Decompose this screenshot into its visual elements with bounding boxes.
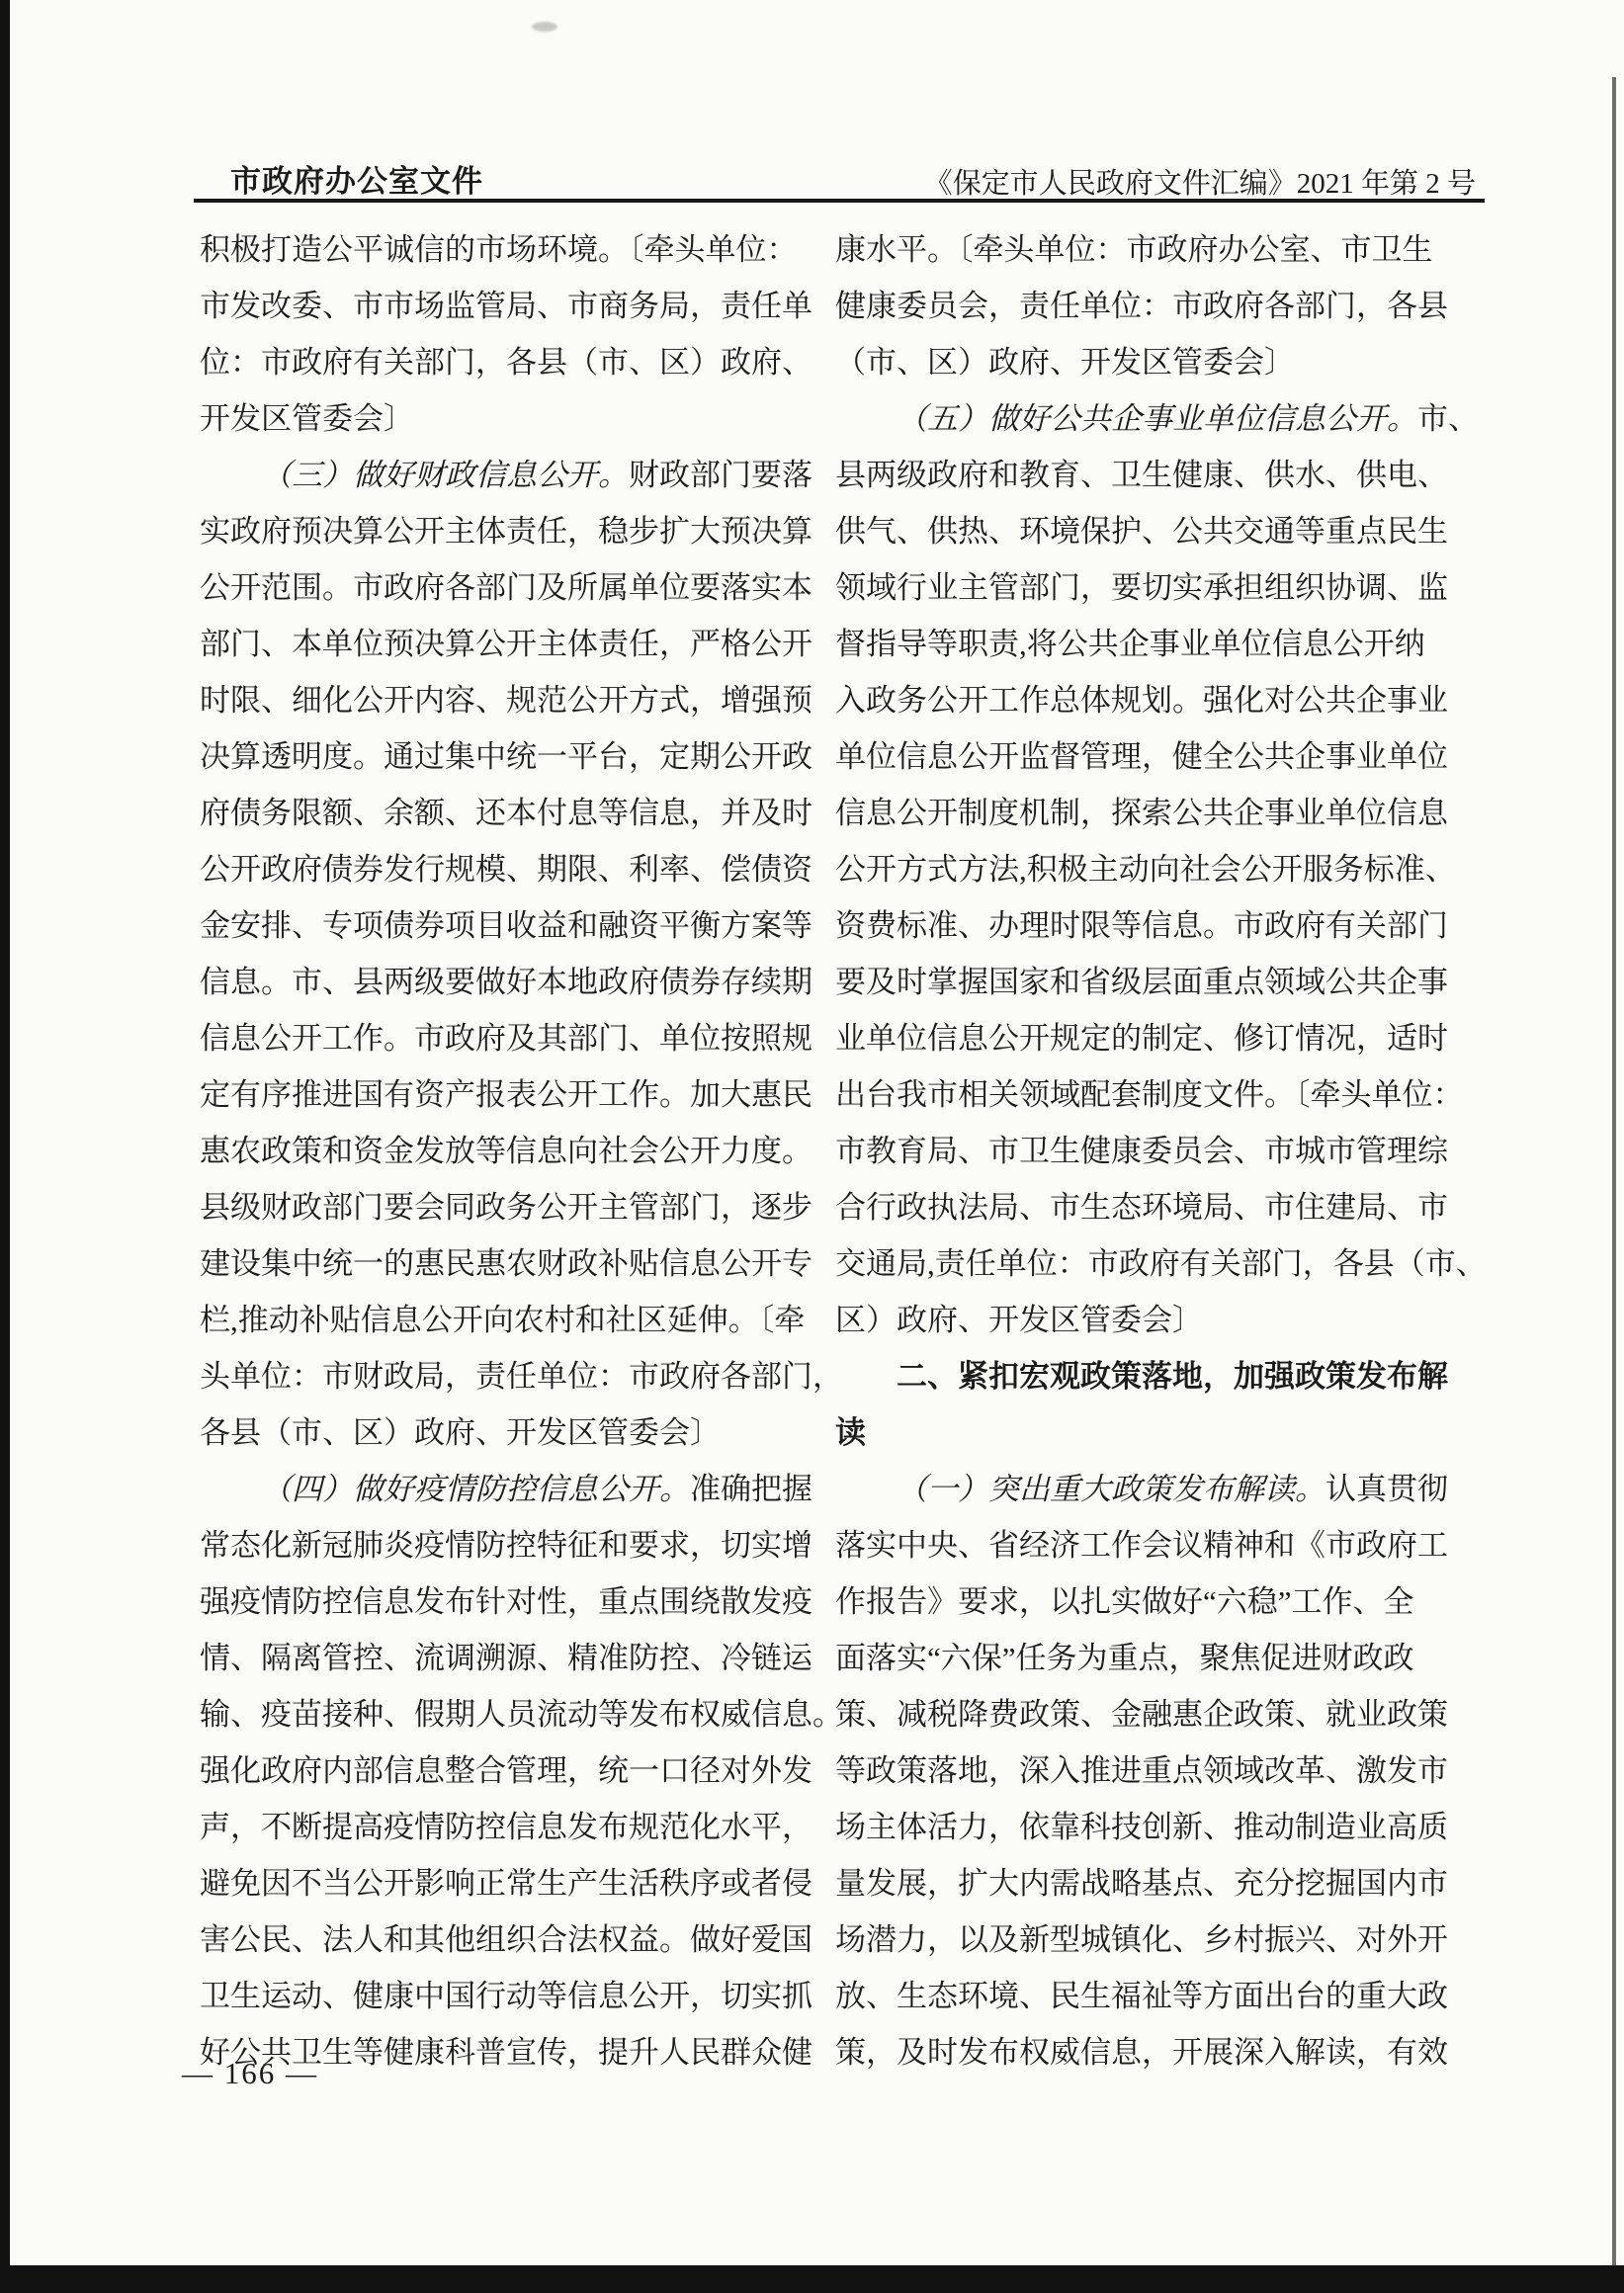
- text-segment: 面落实“六保”任务为重点，聚焦促进财政政: [835, 1641, 1414, 1675]
- text-segment: 市教育局、市卫生健康委员会、市城市管理综: [835, 1134, 1448, 1168]
- text-line: 健康委员会，责任单位：市政府各部门，各县: [835, 278, 1487, 334]
- text-segment: 府债务限额、余额、还本付息等信息，并及时: [200, 796, 812, 830]
- text-segment: 惠农政策和资金发放等信息向社会公开力度。: [200, 1134, 812, 1168]
- header-left-title: 市政府办公室文件: [230, 156, 483, 201]
- text-line: 公开范围。市政府各部门及所属单位要落实本: [200, 559, 843, 616]
- text-line: 场潜力，以及新型城镇化、乡村振兴、对外开: [835, 1911, 1487, 1968]
- text-line: 输、疫苗接种、假期人员流动等发布权威信息。: [200, 1686, 843, 1742]
- right-text-column: 康水平。〔牵头单位：市政府办公室、市卫生健康委员会，责任单位：市政府各部门，各县…: [835, 221, 1487, 2081]
- text-line: 信息公开工作。市政府及其部门、单位按照规: [200, 1010, 843, 1066]
- text-segment: 栏,推动补贴信息公开向农村和社区延伸。〔牵: [200, 1303, 805, 1337]
- text-line: 量发展，扩大内需战略基点、充分挖掘国内市: [835, 1855, 1487, 1911]
- text-segment: 市、: [1417, 401, 1479, 436]
- text-line: 惠农政策和资金发放等信息向社会公开力度。: [200, 1123, 843, 1179]
- text-segment: 输、疫苗接种、假期人员流动等发布权威信息。: [200, 1697, 843, 1732]
- text-line: 放、生态环境、民生福祉等方面出台的重大政: [835, 1968, 1487, 2024]
- text-segment: （四）做好疫情防控信息公开。: [261, 1472, 690, 1506]
- text-segment: 积极打造公平诚信的市场环境。〔牵头单位：: [200, 232, 798, 267]
- text-segment: 认真贯彻: [1325, 1472, 1448, 1506]
- text-line: 县级财政部门要会同政务公开主管部门，逐步: [200, 1179, 843, 1235]
- text-segment: 合行政执法局、市生态环境局、市住建局、市: [835, 1190, 1448, 1225]
- text-segment: 要及时掌握国家和省级层面重点领域公共企事: [835, 965, 1448, 999]
- text-line: 声，不断提高疫情防控信息发布规范化水平，: [200, 1799, 843, 1855]
- text-segment: 信息。市、县两级要做好本地政府债券存续期: [200, 965, 812, 999]
- scan-edge-right: [1612, 77, 1616, 2293]
- text-segment: （三）做好财政信息公开。: [261, 458, 629, 492]
- page-number: — 166 —: [182, 2056, 318, 2091]
- left-text-column: 积极打造公平诚信的市场环境。〔牵头单位：市发改委、市市场监管局、市商务局，责任单…: [200, 221, 843, 2081]
- text-segment: （市、区）政府、开发区管委会〕: [835, 345, 1295, 380]
- text-segment: 业单位信息公开规定的制定、修订情况，适时: [835, 1021, 1448, 1056]
- text-segment: 各县（市、区）政府、开发区管委会〕: [200, 1415, 721, 1450]
- text-segment: 时限、细化公开内容、规范公开方式，增强预: [200, 683, 812, 718]
- text-segment: 定有序推进国有资产报表公开工作。加大惠民: [200, 1077, 812, 1112]
- text-line: 定有序推进国有资产报表公开工作。加大惠民: [200, 1066, 843, 1123]
- text-segment: 害公民、法人和其他组织合法权益。做好爱国: [200, 1922, 812, 1957]
- text-segment: 县两级政府和教育、卫生健康、供水、供电、: [835, 458, 1448, 492]
- text-line: 头单位：市财政局，责任单位：市政府各部门，: [200, 1348, 843, 1404]
- text-segment: 公开范围。市政府各部门及所属单位要落实本: [200, 570, 812, 605]
- text-segment: 督指导等职责,将公共企事业单位信息公开纳: [835, 627, 1425, 661]
- text-line: 策、减税降费政策、金融惠企政策、就业政策: [835, 1686, 1487, 1742]
- text-segment: 金安排、专项债券项目收益和融资平衡方案等: [200, 908, 812, 943]
- text-segment: 领域行业主管部门，要切实承担组织协调、监: [835, 570, 1448, 605]
- text-line: 等政策落地，深入推进重点领域改革、激发市: [835, 1742, 1487, 1799]
- text-line: 单位信息公开监督管理，健全公共企事业单位: [835, 728, 1487, 785]
- text-line: 强疫情防控信息发布针对性，重点围绕散发疫: [200, 1573, 843, 1630]
- text-line: 落实中央、省经济工作会议精神和《市政府工: [835, 1517, 1487, 1573]
- text-segment: 区）政府、开发区管委会〕: [835, 1303, 1203, 1337]
- text-segment: 头单位：市财政局，责任单位：市政府各部门，: [200, 1359, 843, 1394]
- text-line: 合行政执法局、市生态环境局、市住建局、市: [835, 1179, 1487, 1235]
- text-segment: 信息公开制度机制，探索公共企事业单位信息: [835, 796, 1448, 830]
- text-line: 业单位信息公开规定的制定、修订情况，适时: [835, 1010, 1487, 1066]
- text-segment: 建设集中统一的惠民惠农财政补贴信息公开专: [200, 1246, 812, 1281]
- text-line: 实政府预决算公开主体责任，稳步扩大预决算: [200, 503, 843, 559]
- text-segment: 强化政府内部信息整合管理，统一口径对外发: [200, 1753, 812, 1788]
- text-line: 督指导等职责,将公共企事业单位信息公开纳: [835, 616, 1487, 672]
- text-line: 公开政府债券发行规模、期限、利率、偿债资: [200, 841, 843, 897]
- text-line: 读: [835, 1404, 1487, 1461]
- scanned-document-page: 市政府办公室文件 《保定市人民政府文件汇编》2021 年第 2 号 积极打造公平…: [0, 0, 1624, 2293]
- text-segment: 县级财政部门要会同政务公开主管部门，逐步: [200, 1190, 812, 1225]
- text-segment: 市发改委、市市场监管局、市商务局，责任单: [200, 289, 812, 323]
- text-segment: 实政府预决算公开主体责任，稳步扩大预决算: [200, 514, 812, 549]
- text-line: 开发区管委会〕: [200, 390, 843, 447]
- text-segment: 出台我市相关领域配套制度文件。〔牵头单位：: [835, 1077, 1464, 1112]
- text-segment: 避免因不当公开影响正常生产生活秩序或者侵: [200, 1866, 812, 1901]
- text-segment: 情、隔离管控、流调溯源、精准防控、冷链运: [200, 1641, 812, 1675]
- text-segment: 入政务公开工作总体规划。强化对公共企事业: [835, 683, 1448, 718]
- text-line: 时限、细化公开内容、规范公开方式，增强预: [200, 672, 843, 728]
- text-line: 面落实“六保”任务为重点，聚焦促进财政政: [835, 1630, 1487, 1686]
- text-line: 二、紧扣宏观政策落地，加强政策发布解: [835, 1348, 1487, 1404]
- text-segment: 场主体活力，依靠科技创新、推动制造业高质: [835, 1810, 1448, 1844]
- header-right-title: 《保定市人民政府文件汇编》2021 年第 2 号: [924, 161, 1476, 202]
- text-segment: 健康委员会，责任单位：市政府各部门，各县: [835, 289, 1448, 323]
- text-line: （三）做好财政信息公开。财政部门要落: [200, 447, 843, 503]
- text-segment: （五）做好公共企事业单位信息公开。: [897, 401, 1417, 436]
- text-line: 位：市政府有关部门，各县（市、区）政府、: [200, 334, 843, 390]
- text-segment: 公开政府债券发行规模、期限、利率、偿债资: [200, 852, 812, 887]
- text-line: 避免因不当公开影响正常生产生活秩序或者侵: [200, 1855, 843, 1911]
- text-line: 市教育局、市卫生健康委员会、市城市管理综: [835, 1123, 1487, 1179]
- text-segment: 落实中央、省经济工作会议精神和《市政府工: [835, 1528, 1448, 1563]
- text-segment: 读: [835, 1415, 866, 1450]
- text-line: 情、隔离管控、流调溯源、精准防控、冷链运: [200, 1630, 843, 1686]
- text-line: 信息公开制度机制，探索公共企事业单位信息: [835, 785, 1487, 841]
- text-line: 信息。市、县两级要做好本地政府债券存续期: [200, 954, 843, 1010]
- text-segment: 决算透明度。通过集中统一平台，定期公开政: [200, 739, 812, 774]
- text-segment: 策，及时发布权威信息，开展深入解读，有效: [835, 2035, 1448, 2070]
- text-segment: 放、生态环境、民生福祉等方面出台的重大政: [835, 1979, 1448, 2013]
- text-segment: 开发区管委会〕: [200, 401, 414, 436]
- text-segment: 资费标准、办理时限等信息。市政府有关部门: [835, 908, 1448, 943]
- text-segment: 声，不断提高疫情防控信息发布规范化水平，: [200, 1810, 812, 1844]
- text-line: 作报告》要求，以扎实做好“六稳”工作、全: [835, 1573, 1487, 1630]
- text-line: 积极打造公平诚信的市场环境。〔牵头单位：: [200, 221, 843, 278]
- header-divider-rule: [194, 199, 1485, 203]
- text-segment: 策、减税降费政策、金融惠企政策、就业政策: [835, 1697, 1448, 1732]
- text-line: 策，及时发布权威信息，开展深入解读，有效: [835, 2024, 1487, 2081]
- text-segment: （一）突出重大政策发布解读。: [897, 1472, 1325, 1506]
- text-line: 决算透明度。通过集中统一平台，定期公开政: [200, 728, 843, 785]
- text-line: 区）政府、开发区管委会〕: [835, 1292, 1487, 1348]
- scan-artifact: [532, 22, 557, 32]
- text-line: 领域行业主管部门，要切实承担组织协调、监: [835, 559, 1487, 616]
- scan-edge-left: [0, 0, 10, 2293]
- text-line: 县两级政府和教育、卫生健康、供水、供电、: [835, 447, 1487, 503]
- text-line: （四）做好疫情防控信息公开。准确把握: [200, 1461, 843, 1517]
- text-line: （市、区）政府、开发区管委会〕: [835, 334, 1487, 390]
- text-line: 建设集中统一的惠民惠农财政补贴信息公开专: [200, 1235, 843, 1292]
- text-line: （一）突出重大政策发布解读。认真贯彻: [835, 1461, 1487, 1517]
- text-line: 场主体活力，依靠科技创新、推动制造业高质: [835, 1799, 1487, 1855]
- text-line: 各县（市、区）政府、开发区管委会〕: [200, 1404, 843, 1461]
- text-line: 交通局,责任单位：市政府有关部门，各县（市、: [835, 1235, 1487, 1292]
- text-line: 出台我市相关领域配套制度文件。〔牵头单位：: [835, 1066, 1487, 1123]
- text-line: 金安排、专项债券项目收益和融资平衡方案等: [200, 897, 843, 954]
- text-segment: 等政策落地，深入推进重点领域改革、激发市: [835, 1753, 1448, 1788]
- text-segment: 交通局,责任单位：市政府有关部门，各县（市、: [835, 1246, 1487, 1281]
- text-segment: 卫生运动、健康中国行动等信息公开，切实抓: [200, 1979, 812, 2013]
- text-line: 要及时掌握国家和省级层面重点领域公共企事: [835, 954, 1487, 1010]
- text-line: 常态化新冠肺炎疫情防控特征和要求，切实增: [200, 1517, 843, 1573]
- text-line: 康水平。〔牵头单位：市政府办公室、市卫生: [835, 221, 1487, 278]
- text-segment: 单位信息公开监督管理，健全公共企事业单位: [835, 739, 1448, 774]
- text-line: 入政务公开工作总体规划。强化对公共企事业: [835, 672, 1487, 728]
- text-segment: 作报告》要求，以扎实做好“六稳”工作、全: [835, 1584, 1414, 1619]
- text-line: 栏,推动补贴信息公开向农村和社区延伸。〔牵: [200, 1292, 843, 1348]
- text-segment: 量发展，扩大内需战略基点、充分挖掘国内市: [835, 1866, 1448, 1901]
- text-segment: 常态化新冠肺炎疫情防控特征和要求，切实增: [200, 1528, 812, 1563]
- text-segment: 部门、本单位预决算公开主体责任，严格公开: [200, 627, 812, 661]
- text-line: 公开方式方法,积极主动向社会公开服务标准、: [835, 841, 1487, 897]
- text-line: 害公民、法人和其他组织合法权益。做好爱国: [200, 1911, 843, 1968]
- text-line: 部门、本单位预决算公开主体责任，严格公开: [200, 616, 843, 672]
- text-line: 府债务限额、余额、还本付息等信息，并及时: [200, 785, 843, 841]
- scan-edge-bottom: [0, 2265, 1624, 2293]
- text-segment: 二、紧扣宏观政策落地，加强政策发布解: [897, 1359, 1448, 1394]
- text-line: 资费标准、办理时限等信息。市政府有关部门: [835, 897, 1487, 954]
- text-line: 卫生运动、健康中国行动等信息公开，切实抓: [200, 1968, 843, 2024]
- text-segment: 供气、供热、环境保护、公共交通等重点民生: [835, 514, 1448, 549]
- text-segment: 信息公开工作。市政府及其部门、单位按照规: [200, 1021, 812, 1056]
- text-segment: 公开方式方法,积极主动向社会公开服务标准、: [835, 852, 1456, 887]
- text-line: 强化政府内部信息整合管理，统一口径对外发: [200, 1742, 843, 1799]
- text-line: 供气、供热、环境保护、公共交通等重点民生: [835, 503, 1487, 559]
- text-line: （五）做好公共企事业单位信息公开。市、: [835, 390, 1487, 447]
- text-segment: 准确把握: [690, 1472, 812, 1506]
- text-segment: 财政部门要落: [629, 458, 812, 492]
- text-segment: 场潜力，以及新型城镇化、乡村振兴、对外开: [835, 1922, 1448, 1957]
- text-segment: 位：市政府有关部门，各县（市、区）政府、: [200, 345, 812, 380]
- text-segment: 强疫情防控信息发布针对性，重点围绕散发疫: [200, 1584, 812, 1619]
- text-segment: 康水平。〔牵头单位：市政府办公室、市卫生: [835, 232, 1433, 267]
- text-line: 市发改委、市市场监管局、市商务局，责任单: [200, 278, 843, 334]
